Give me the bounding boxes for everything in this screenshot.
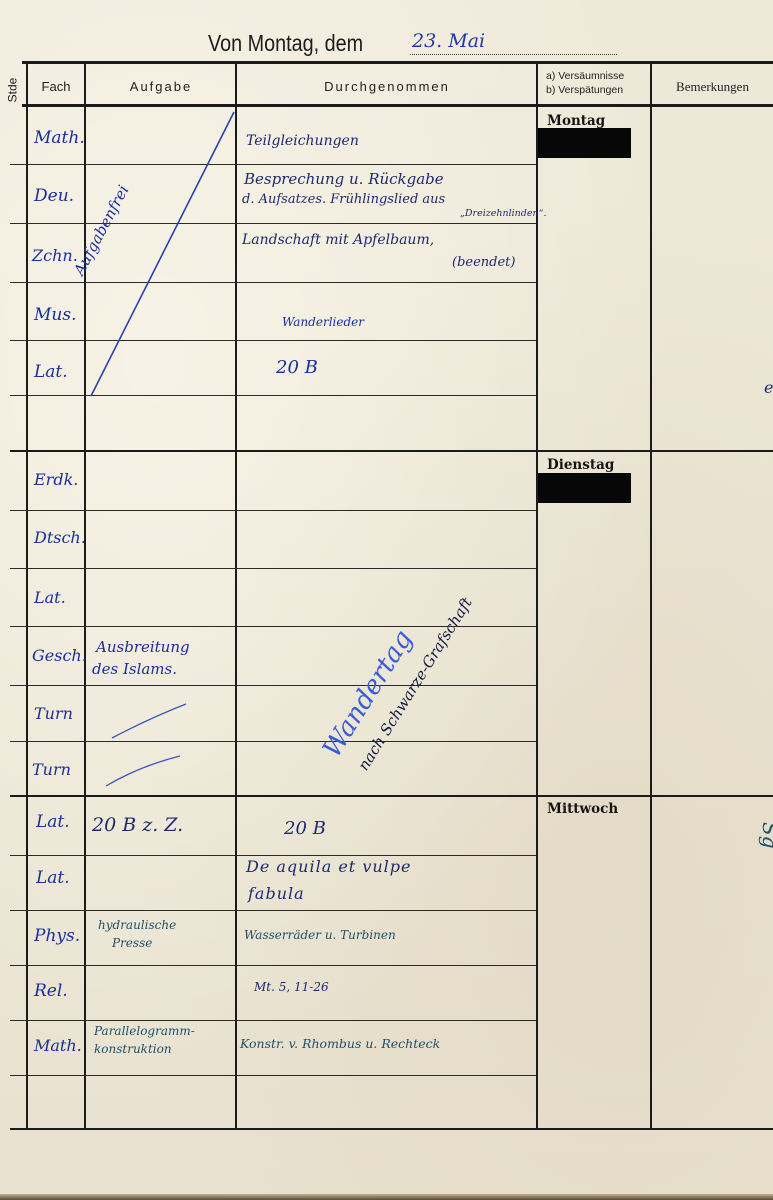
margin-note: e [764,378,773,397]
row-line [10,965,536,966]
row-line [10,910,536,911]
fach-cell: Turn [34,704,73,723]
header-bemerkungen: Bemerkungen [652,79,773,95]
day-label-montag: Montag [547,113,605,129]
fach-cell: Dtsch. [34,528,86,547]
durchgenommen-cell: fabula [248,884,305,903]
durchgenommen-cell: Konstr. v. Rhombus u. Rechteck [240,1036,440,1051]
durchgenommen-cell: Wanderlieder [282,315,364,329]
aufgabe-cell: Presse [112,936,152,950]
row-line [10,741,536,742]
redaction-box [538,473,631,503]
fach-cell: Phys. [34,926,80,946]
aufgabe-cell: des Islams. [92,660,177,678]
header-versaeumnisse-a: a) Versäumnisse [546,70,658,82]
aufgabe-cell: Ausbreitung [96,638,190,656]
aufgabe-cell: konstruktion [94,1042,172,1056]
page-title: Von Montag, dem [208,30,363,57]
day-label-dienstag: Dienstag [547,457,614,473]
margin-note: Sg [758,822,773,849]
fach-cell: Lat. [34,588,66,607]
header-durchgenommen: Durchgenommen [238,79,536,94]
row-line [10,568,536,569]
redaction-box [538,128,631,158]
aufgabe-cell: Parallelogramm- [94,1024,195,1038]
durchgenommen-cell: Besprechung u. Rückgabe [244,170,444,188]
durchgenommen-cell: Mt. 5, 11-26 [254,980,329,994]
fach-cell: Lat. [36,868,70,888]
durchgenommen-cell: d. Aufsatzes. Frühlingslied aus [242,192,445,207]
fach-cell: Erdk. [34,470,78,489]
row-line [10,855,536,856]
aufgabe-cell: hydraulische [98,918,176,932]
dash-mark [100,690,200,790]
fach-cell: Rel. [34,981,68,1001]
fach-cell: Math. [34,128,85,148]
table-bottom-rule [10,1128,773,1130]
aufgabe-cell: 20 B z. Z. [92,814,183,836]
header-fach: Fach [28,79,84,94]
durchgenommen-cell: De aquila et vulpe [246,857,411,876]
diagonal-strike-line [85,108,237,400]
row-line [10,1020,536,1021]
durchgenommen-cell: Landschaft mit Apfelbaum, [242,232,434,248]
fach-cell: Turn [32,760,71,779]
date-field: 23. Mai [410,30,617,55]
fach-cell: Gesch. [32,646,87,665]
row-line [10,510,536,511]
day-label-mittwoch: Mittwoch [547,801,618,817]
durchgenommen-cell: Teilgleichungen [246,133,359,149]
fach-cell: Lat. [36,812,70,832]
header-versaeumnisse-b: b) Verspätungen [546,84,658,96]
row-line [10,685,536,686]
paper-edge [0,1194,773,1200]
durchgenommen-cell: „Dreizehnlinden“. [460,208,547,219]
table-top-rule [22,61,773,64]
header-versaeumnisse: a) Versäumnisse b) Verspätungen [538,70,658,96]
header-bottom-rule [22,104,773,107]
col-line-versaeumnisse [650,64,652,1129]
col-line-durchgenommen [536,64,538,1129]
fach-cell: Zchn. [32,246,78,265]
day-separator [10,795,773,797]
durchgenommen-cell: 20 B [284,818,326,839]
durchgenommen-cell: 20 B [276,357,318,378]
header-stde: Stde [4,70,22,110]
durchgenommen-cell: (beendet) [452,255,515,270]
fach-cell: Mus. [34,305,76,325]
fach-cell: Deu. [34,186,74,206]
day-separator [10,450,773,452]
header-aufgabe: Aufgabe [86,79,236,94]
fach-cell: Lat. [34,362,68,382]
row-line [10,1075,536,1076]
fach-cell: Math. [34,1036,82,1055]
durchgenommen-cell: Wasserräder u. Turbinen [244,928,396,942]
